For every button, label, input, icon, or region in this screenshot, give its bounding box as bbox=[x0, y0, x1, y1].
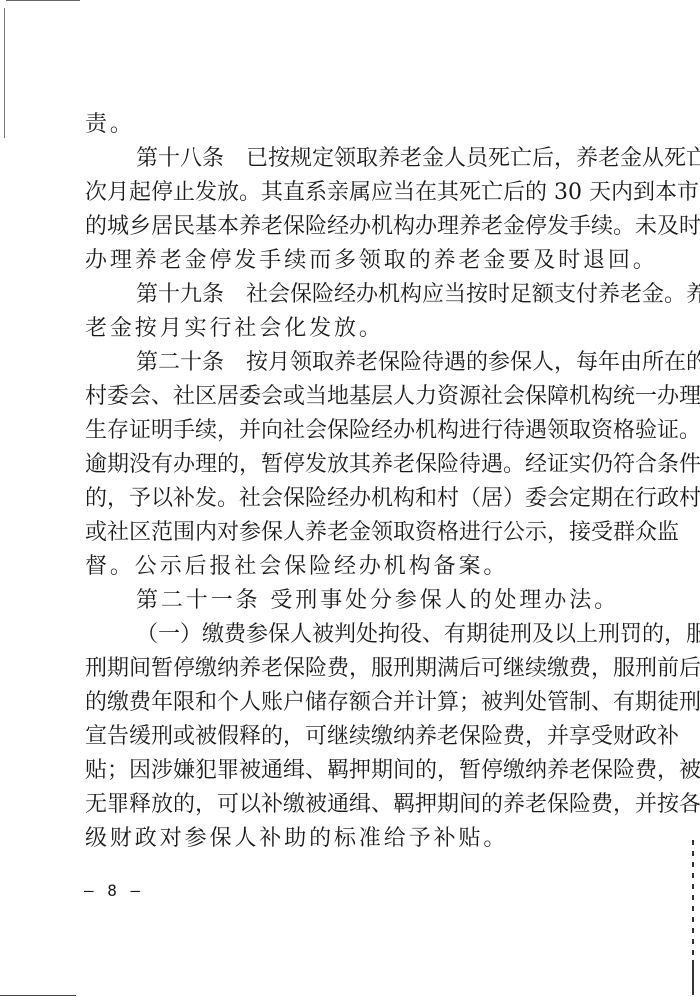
text-line: 无罪释放的，可以补缴被通缉、羁押期间的养老保险费，并按各 bbox=[85, 788, 645, 822]
line-text: 第二十一条 受刑事处分参保人的处理办法。 bbox=[136, 588, 619, 613]
text-line: 逾期没有办理的，暂停发放其养老保险待遇。经证实仍符合条件 bbox=[85, 448, 645, 482]
document-body: 责。第十八条已按规定领取养老金人员死亡后，养老金从死亡次月起停止发放。其直系亲属… bbox=[85, 108, 645, 856]
line-text: 宣告缓刑或被假释的，可继续缴纳养老保险费，并享受财政补 bbox=[85, 724, 679, 749]
article-number: 第十九条 bbox=[136, 282, 224, 307]
line-text: 级财政对参保人补助的标准给予补贴。 bbox=[85, 826, 508, 851]
text-line: 次月起停止发放。其直系亲属应当在其死亡后的 30 天内到本市 bbox=[85, 176, 645, 210]
line-text: 生存证明手续，并向社会保险经办机构进行待遇领取资格验证。 bbox=[85, 418, 700, 443]
line-text: 贴；因涉嫌犯罪被通缉、羁押期间的，暂停缴纳养老保险费，被 bbox=[85, 758, 700, 783]
line-text: 的城乡居民基本养老保险经办机构办理养老金停发手续。未及时 bbox=[85, 214, 700, 239]
line-text: 的，予以补发。社会保险经办机构和村（居）委会定期在行政村 bbox=[85, 486, 700, 511]
page-number: — 8 — bbox=[84, 881, 142, 900]
text-line: 的城乡居民基本养老保险经办机构办理养老金停发手续。未及时 bbox=[85, 210, 645, 244]
text-line: 老金按月实行社会化发放。 bbox=[85, 312, 645, 346]
text-line: （一）缴费参保人被判处拘役、有期徒刑及以上刑罚的，服 bbox=[85, 618, 645, 652]
line-text: 办理养老金停发手续而多领取的养老金要及时退回。 bbox=[85, 248, 658, 273]
text-line: 村委会、社区居委会或当地基层人力资源社会保障机构统一办理 bbox=[85, 380, 645, 414]
line-text: 督。公示后报社会保险经办机构备案。 bbox=[85, 554, 508, 579]
text-line: 第二十一条 受刑事处分参保人的处理办法。 bbox=[85, 584, 645, 618]
article-number: 第十八条 bbox=[136, 146, 224, 171]
text-line: 级财政对参保人补助的标准给予补贴。 bbox=[85, 822, 645, 856]
text-line: 刑期间暂停缴纳养老保险费，服刑期满后可继续缴费，服刑前后 bbox=[85, 652, 645, 686]
text-line: 办理养老金停发手续而多领取的养老金要及时退回。 bbox=[85, 244, 645, 278]
line-text: 老金按月实行社会化发放。 bbox=[85, 316, 384, 341]
text-line: 生存证明手续，并向社会保险经办机构进行待遇领取资格验证。 bbox=[85, 414, 645, 448]
line-text: 次月起停止发放。其直系亲属应当在其死亡后的 30 天内到本市 bbox=[85, 180, 699, 205]
line-text: 按月领取养老保险待遇的参保人，每年由所在的 bbox=[246, 350, 700, 375]
article-heading-line: 第十八条已按规定领取养老金人员死亡后，养老金从死亡 bbox=[85, 142, 645, 176]
line-text: 责。 bbox=[85, 112, 135, 137]
scan-edge-top bbox=[6, 0, 80, 1]
text-line: 贴；因涉嫌犯罪被通缉、羁押期间的，暂停缴纳养老保险费，被 bbox=[85, 754, 645, 788]
line-text: 的缴费年限和个人账户储存额合并计算；被判处管制、有期徒刑 bbox=[85, 690, 700, 715]
scan-edge-bottom bbox=[0, 995, 76, 996]
line-text: 无罪释放的，可以补缴被通缉、羁押期间的养老保险费，并按各 bbox=[85, 792, 700, 817]
article-number: 第二十条 bbox=[136, 350, 224, 375]
text-line: 责。 bbox=[85, 108, 645, 142]
scan-edge-left bbox=[4, 8, 5, 138]
line-text: 或社区范围内对参保人养老金领取资格进行公示，接受群众监 bbox=[85, 520, 679, 545]
article-heading-line: 第十九条社会保险经办机构应当按时足额支付养老金。养 bbox=[85, 278, 645, 312]
line-text: 村委会、社区居委会或当地基层人力资源社会保障机构统一办理 bbox=[85, 384, 700, 409]
text-line: 或社区范围内对参保人养老金领取资格进行公示，接受群众监 bbox=[85, 516, 645, 550]
article-heading-line: 第二十条按月领取养老保险待遇的参保人，每年由所在的 bbox=[85, 346, 645, 380]
line-text: 社会保险经办机构应当按时足额支付养老金。养 bbox=[246, 282, 700, 307]
text-line: 宣告缓刑或被假释的，可继续缴纳养老保险费，并享受财政补 bbox=[85, 720, 645, 754]
text-line: 的，予以补发。社会保险经办机构和村（居）委会定期在行政村 bbox=[85, 482, 645, 516]
line-text: 已按规定领取养老金人员死亡后，养老金从死亡 bbox=[246, 146, 700, 171]
text-line: 的缴费年限和个人账户储存额合并计算；被判处管制、有期徒刑 bbox=[85, 686, 645, 720]
line-text: 刑期间暂停缴纳养老保险费，服刑期满后可继续缴费，服刑前后 bbox=[85, 656, 700, 681]
text-line: 督。公示后报社会保险经办机构备案。 bbox=[85, 550, 645, 584]
line-text: 逾期没有办理的，暂停发放其养老保险待遇。经证实仍符合条件 bbox=[85, 452, 700, 477]
scan-edge-right bbox=[692, 960, 694, 994]
line-text: （一）缴费参保人被判处拘役、有期徒刑及以上刑罚的，服 bbox=[136, 622, 700, 647]
